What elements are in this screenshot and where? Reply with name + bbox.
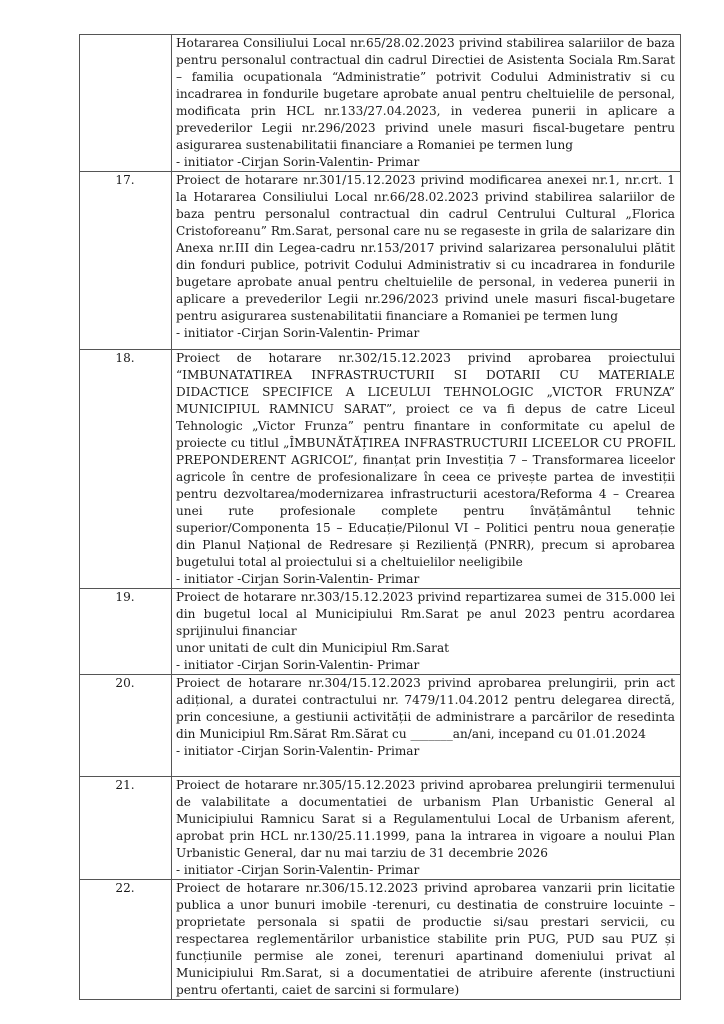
item-text: Proiect de hotarare nr.301/15.12.2023 pr…	[176, 172, 675, 325]
item-number: 22.	[80, 880, 172, 1000]
item-content: Proiect de hotarare nr.303/15.12.2023 pr…	[172, 589, 681, 675]
item-content: Proiect de hotarare nr.304/15.12.2023 pr…	[172, 675, 681, 777]
table-row: 19. Proiect de hotarare nr.303/15.12.202…	[80, 589, 681, 675]
item-content: Hotararea Consiliului Local nr.65/28.02.…	[172, 35, 681, 172]
item-content: Proiect de hotarare nr.305/15.12.2023 pr…	[172, 777, 681, 880]
item-text: Proiect de hotarare nr.303/15.12.2023 pr…	[176, 589, 675, 640]
item-text: Proiect de hotarare nr.302/15.12.2023 pr…	[176, 350, 675, 571]
item-content: Proiect de hotarare nr.301/15.12.2023 pr…	[172, 172, 681, 350]
item-initiator: - initiator -Cirjan Sorin-Valentin- Prim…	[176, 154, 675, 171]
item-content: Proiect de hotarare nr.302/15.12.2023 pr…	[172, 350, 681, 589]
table-row: 22. Proiect de hotarare nr.306/15.12.202…	[80, 880, 681, 1000]
agenda-table: Hotararea Consiliului Local nr.65/28.02.…	[79, 34, 681, 1000]
table-row: 20. Proiect de hotarare nr.304/15.12.202…	[80, 675, 681, 777]
item-initiator: - initiator -Cirjan Sorin-Valentin- Prim…	[176, 571, 675, 588]
item-text-continued: unor unitati de cult din Municipiul Rm.S…	[176, 640, 675, 657]
item-number: 21.	[80, 777, 172, 880]
item-number: 17.	[80, 172, 172, 350]
item-number: 20.	[80, 675, 172, 777]
item-text: Proiect de hotarare nr.305/15.12.2023 pr…	[176, 777, 675, 862]
table-row: Hotararea Consiliului Local nr.65/28.02.…	[80, 35, 681, 172]
item-content: Proiect de hotarare nr.306/15.12.2023 pr…	[172, 880, 681, 1000]
item-initiator: - initiator -Cirjan Sorin-Valentin- Prim…	[176, 657, 675, 674]
item-number	[80, 35, 172, 172]
item-initiator: - initiator -Cirjan Sorin-Valentin- Prim…	[176, 862, 675, 879]
table-row: 18. Proiect de hotarare nr.302/15.12.202…	[80, 350, 681, 589]
item-text: Proiect de hotarare nr.306/15.12.2023 pr…	[176, 880, 675, 999]
item-number: 18.	[80, 350, 172, 589]
item-number: 19.	[80, 589, 172, 675]
document-page: Hotararea Consiliului Local nr.65/28.02.…	[0, 0, 724, 1024]
table-row: 17. Proiect de hotarare nr.301/15.12.202…	[80, 172, 681, 350]
item-initiator: - initiator -Cirjan Sorin-Valentin- Prim…	[176, 743, 675, 760]
item-text: Hotararea Consiliului Local nr.65/28.02.…	[176, 35, 675, 154]
item-initiator: - initiator -Cirjan Sorin-Valentin- Prim…	[176, 325, 675, 342]
table-row: 21. Proiect de hotarare nr.305/15.12.202…	[80, 777, 681, 880]
item-text: Proiect de hotarare nr.304/15.12.2023 pr…	[176, 675, 675, 743]
